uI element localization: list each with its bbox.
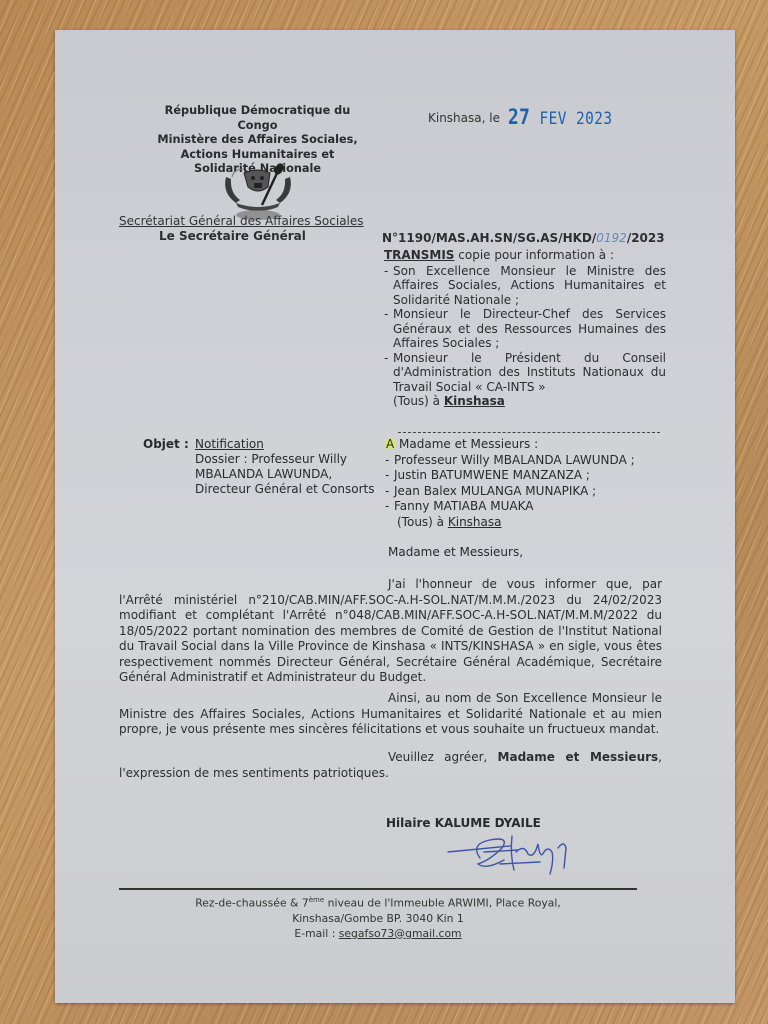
country-name: République Démocratique du Congo: [150, 104, 365, 133]
handwritten-number: 0192: [596, 231, 627, 245]
subject-label: Objet :: [143, 437, 189, 451]
list-item: -Fanny MATIABA MUAKA: [385, 499, 685, 515]
footer-address-line-2: Kinshasa/Gombe BP. 3040 Kin 1: [119, 911, 637, 926]
addressees-location: (Tous) à Kinshasa: [385, 515, 685, 531]
list-item: -Jean Balex MULANGA MUNAPIKA ;: [385, 484, 685, 500]
copy-recipients: TRANSMIS copie pour information à : -Son…: [384, 248, 666, 409]
footer-divider: [119, 888, 637, 890]
list-item: -Monsieur le Président du Conseil d'Admi…: [384, 351, 666, 395]
copy-location: (Tous) à Kinshasa: [384, 394, 666, 409]
paragraph-1: J'ai l'honneur de vous informer que, par…: [119, 577, 662, 686]
ministry-line-2: Actions Humanitaires et: [150, 148, 365, 163]
reference-number: N°1190/MAS.AH.SN/SG.AS/HKD/0192/2023: [382, 231, 665, 245]
list-item: -Professeur Willy MBALANDA LAWUNDA ;: [385, 453, 685, 469]
subject-title: Notification: [195, 437, 264, 451]
closing-paragraph: Veuillez agréer, Madame et Messieurs, l'…: [119, 750, 662, 781]
letter-page: République Démocratique du Congo Ministè…: [55, 30, 735, 1003]
handwritten-signature-icon: [440, 830, 590, 880]
list-item: -Monsieur le Directeur-Chef des Services…: [384, 307, 666, 351]
subject: Notification Dossier : Professeur Willy …: [195, 437, 380, 497]
separator-line: [398, 432, 660, 433]
subject-dossier: Dossier : Professeur Willy MBALANDA LAWU…: [195, 452, 380, 497]
list-item: -Son Excellence Monsieur le Ministre des…: [384, 264, 666, 308]
secretary-general-title: Le Secrétaire Général: [159, 229, 306, 243]
ministry-line-1: Ministère des Affaires Sociales,: [150, 133, 365, 148]
salutation: Madame et Messieurs,: [388, 545, 523, 559]
highlight-mark: A: [385, 437, 395, 451]
date-stamp: 27 FEV 2023: [508, 105, 613, 129]
date-line: Kinshasa, le 27 FEV 2023: [428, 105, 631, 129]
secretariat-title: Secrétariat Général des Affaires Sociale…: [119, 214, 364, 228]
list-item: -Justin BATUMWENE MANZANZA ;: [385, 468, 685, 484]
addressees: A Madame et Messieurs : -Professeur Will…: [385, 437, 685, 530]
date-place: Kinshasa, le: [428, 111, 500, 125]
transmis-label: TRANSMIS: [384, 248, 454, 262]
footer-address: Rez-de-chaussée & 7ème niveau de l'Immeu…: [119, 893, 637, 941]
email-link[interactable]: segafso73@gmail.com: [339, 927, 462, 940]
paragraph-2: Ainsi, au nom de Son Excellence Monsieur…: [119, 691, 662, 738]
drc-coat-of-arms-icon: [218, 163, 298, 221]
signatory-name: Hilaire KALUME DYAILE: [386, 816, 541, 830]
